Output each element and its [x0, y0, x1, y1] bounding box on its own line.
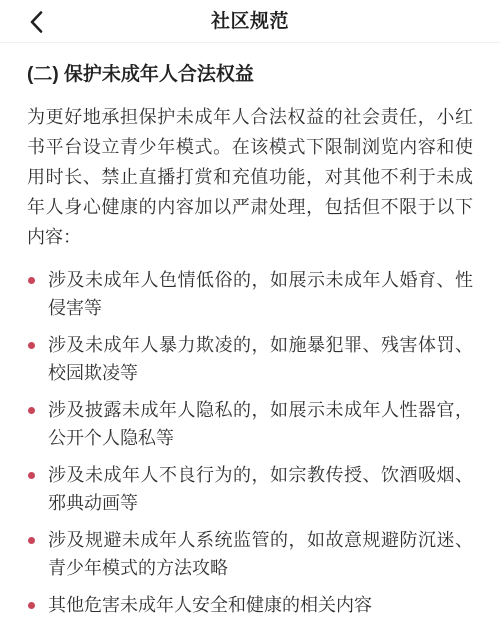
- bullet-dot-icon: [28, 277, 35, 284]
- list-item-text: 涉及未成年人色情低俗的，如展示未成年人婚育、性侵害等: [48, 270, 473, 318]
- bullet-dot-icon: [28, 602, 35, 609]
- bullet-dot-icon: [28, 472, 35, 479]
- list-item-text: 涉及未成年人暴力欺凌的，如施暴犯罪、残害体罚、校园欺凌等: [48, 335, 473, 383]
- section-heading: (二) 保护未成年人合法权益: [27, 62, 473, 88]
- list-item: 涉及披露未成年人隐私的，如展示未成年人性器官，公开个人隐私等: [27, 396, 473, 452]
- list-item: 涉及未成年人暴力欺凌的，如施暴犯罪、残害体罚、校园欺凌等: [27, 331, 473, 387]
- bullet-dot-icon: [28, 407, 35, 414]
- bullet-dot-icon: [28, 342, 35, 349]
- list-item-text: 涉及披露未成年人隐私的，如展示未成年人性器官，公开个人隐私等: [48, 400, 473, 448]
- list-item: 涉及规避未成年人系统监管的，如故意规避防沉迷、青少年模式的方法攻略: [27, 526, 473, 582]
- violation-list: 涉及未成年人色情低俗的，如展示未成年人婚育、性侵害等 涉及未成年人暴力欺凌的，如…: [27, 266, 473, 619]
- header: 社区规范: [0, 0, 500, 43]
- content-area: (二) 保护未成年人合法权益 为更好地承担保护未成年人合法权益的社会责任，小红书…: [0, 43, 500, 619]
- list-item-text: 其他危害未成年人安全和健康的相关内容: [48, 595, 372, 615]
- back-chevron-icon: [30, 11, 43, 33]
- list-item: 涉及未成年人不良行为的，如宗教传授、饮酒吸烟、邪典动画等: [27, 461, 473, 517]
- page-title: 社区规范: [211, 0, 289, 43]
- list-item: 涉及未成年人色情低俗的，如展示未成年人婚育、性侵害等: [27, 266, 473, 322]
- intro-paragraph: 为更好地承担保护未成年人合法权益的社会责任，小红书平台设立青少年模式。在该模式下…: [27, 102, 473, 252]
- list-item-text: 涉及规避未成年人系统监管的，如故意规避防沉迷、青少年模式的方法攻略: [48, 530, 473, 578]
- community-guidelines-page: 社区规范 (二) 保护未成年人合法权益 为更好地承担保护未成年人合法权益的社会责…: [0, 0, 500, 620]
- bullet-dot-icon: [28, 537, 35, 544]
- list-item-text: 涉及未成年人不良行为的，如宗教传授、饮酒吸烟、邪典动画等: [48, 465, 473, 513]
- list-item: 其他危害未成年人安全和健康的相关内容: [27, 591, 473, 619]
- back-button[interactable]: [18, 0, 54, 43]
